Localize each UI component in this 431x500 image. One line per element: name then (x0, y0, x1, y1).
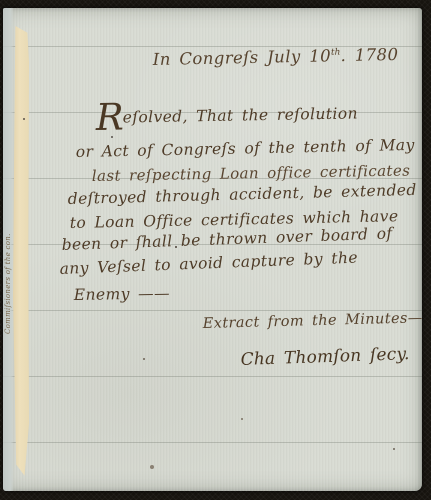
heading-ordinal-superscript: th (331, 48, 341, 58)
body-line-8: Enemy —— (74, 284, 170, 304)
heading-year: . 1780 (340, 45, 398, 65)
body-line-1-text: eſolved, That the reſolution (123, 104, 359, 126)
marginal-docket-note: Commiſsioners of the con. (4, 144, 18, 334)
secretary-signature: Cha Thomſon ſecy. (240, 344, 410, 370)
body-line-7: any Veſsel to avoid capture by the (59, 249, 358, 278)
ornate-initial-r: R (95, 96, 123, 139)
document-date-heading: In Congreſs July 10th. 1780 (153, 45, 399, 69)
body-line-4: deſtroyed through accident, be extended (68, 181, 417, 208)
heading-text: In Congreſs July 10 (153, 46, 332, 69)
body-line-1: Reſolved, That the reſolution (96, 104, 358, 127)
manuscript-page: Commiſsioners of the con. In Congreſs Ju… (3, 8, 422, 491)
extract-attestation-line: Extract from the Minutes— (203, 310, 422, 332)
photo-background: Commiſsioners of the con. In Congreſs Ju… (0, 0, 431, 500)
body-line-2: or Act of Congreſs of the tenth of May (76, 136, 415, 161)
paper-specks (23, 118, 25, 120)
